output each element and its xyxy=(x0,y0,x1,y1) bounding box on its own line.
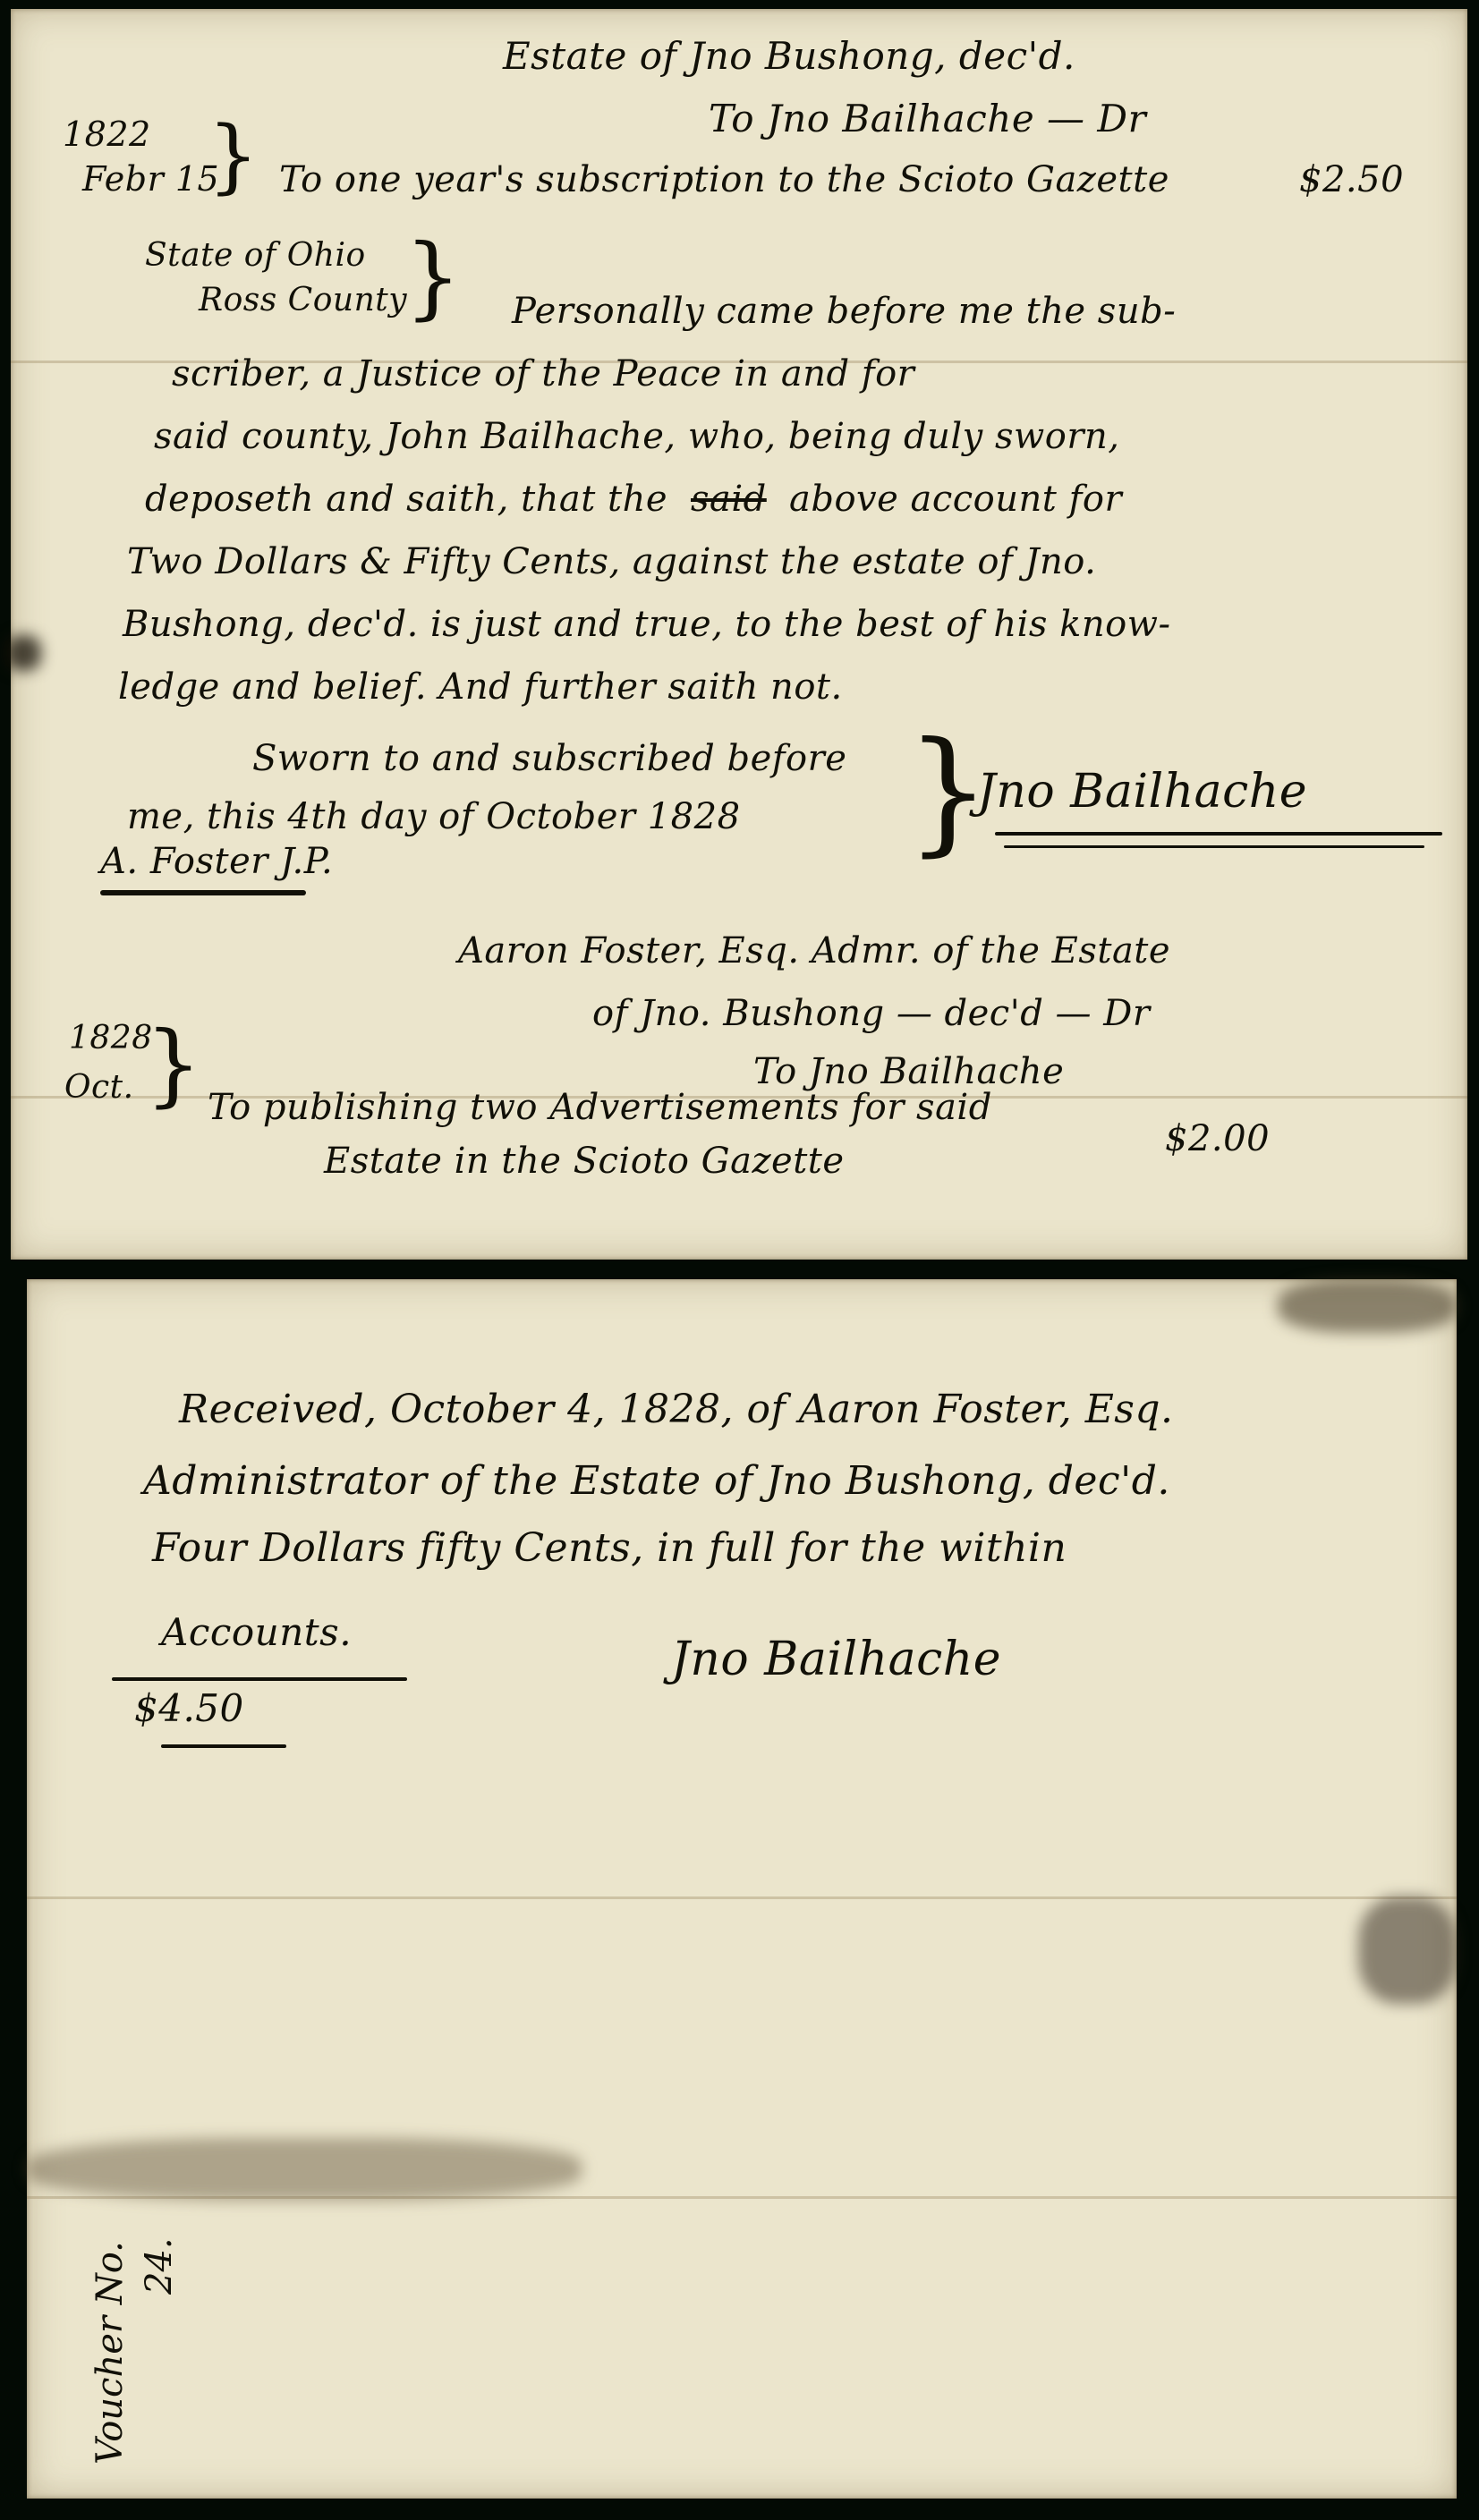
edge-stain xyxy=(1358,1896,1457,2004)
signature-flourish xyxy=(995,832,1442,836)
account-2-date: Oct. xyxy=(64,1069,134,1106)
jurat-line-1: Sworn to and subscribed before xyxy=(252,738,846,779)
brace-icon: } xyxy=(404,233,462,322)
affidavit-line: scriber, a Justice of the Peace in and f… xyxy=(172,353,914,395)
total-rule xyxy=(161,1744,286,1748)
account-1-amount: $2.50 xyxy=(1299,159,1404,200)
total-rule xyxy=(112,1677,407,1681)
struck-word: said xyxy=(691,479,767,520)
shadow-stain xyxy=(27,2138,582,2201)
account-2-entry-line-1: To publishing two Advertisements for sai… xyxy=(208,1087,992,1128)
affiant-signature: Jno Bailhache xyxy=(977,765,1307,819)
voucher-number-value: 24. xyxy=(139,2237,180,2295)
receipt-line: Accounts. xyxy=(161,1610,352,1654)
affidavit-line: said county, John Bailhache, who, being … xyxy=(154,416,1119,457)
receipt-line: Administrator of the Estate of Jno Busho… xyxy=(143,1458,1170,1504)
account-2-heading-line-2: of Jno. Bushong — dec'd — Dr xyxy=(592,993,1150,1034)
voucher-label: Voucher No. xyxy=(89,2241,131,2465)
ink-blot xyxy=(5,635,41,671)
account-2-amount: $2.00 xyxy=(1165,1118,1270,1159)
fold-line xyxy=(27,1896,1457,1899)
account-1-heading-line-2: To Jno Bailhache — Dr xyxy=(709,97,1146,140)
affidavit-venue-county: Ross County xyxy=(199,282,407,318)
account-1-year: 1822 xyxy=(63,115,151,154)
signature-underline xyxy=(100,890,306,895)
voucher-number: 24. xyxy=(139,2237,180,2295)
account-1-date: Febr 15 xyxy=(82,159,219,199)
voucher-docket: Voucher No. xyxy=(89,2241,131,2465)
affidavit-line: deposeth and saith, that the xyxy=(145,479,667,520)
corner-stain xyxy=(1278,1279,1457,1333)
brace-icon: } xyxy=(208,116,259,197)
top-sheet: Estate of Jno Bushong, dec'd. To Jno Bai… xyxy=(11,9,1467,1260)
signature-flourish xyxy=(1004,845,1424,848)
affidavit-line: Personally came before me the sub- xyxy=(512,291,1176,332)
account-2-heading-line-1: Aaron Foster, Esq. Admr. of the Estate xyxy=(458,930,1170,972)
account-2-year: 1828 xyxy=(69,1020,153,1056)
affidavit-line: Two Dollars & Fifty Cents, against the e… xyxy=(127,541,1096,582)
account-1-entry: To one year's subscription to the Scioto… xyxy=(279,159,1169,200)
jurat-line-2: me, this 4th day of October 1828 xyxy=(127,796,741,837)
affidavit-venue-state: State of Ohio xyxy=(145,237,366,274)
affidavit-line: Bushong, dec'd. is just and true, to the… xyxy=(123,604,1170,645)
bottom-sheet: Received, October 4, 1828, of Aaron Fost… xyxy=(27,1279,1457,2499)
justice-signature: A. Foster J.P. xyxy=(100,841,333,882)
affidavit-line: above account for xyxy=(789,479,1122,520)
receipt-line: Received, October 4, 1828, of Aaron Fost… xyxy=(179,1387,1174,1432)
account-1-heading-line-1: Estate of Jno Bushong, dec'd. xyxy=(503,34,1075,78)
affidavit-line: ledge and belief. And further saith not. xyxy=(118,666,843,708)
receipt-line: Four Dollars fifty Cents, in full for th… xyxy=(152,1525,1067,1571)
receipt-total: $4.50 xyxy=(134,1686,244,1730)
receipt-signature: Jno Bailhache xyxy=(671,1633,1001,1686)
brace-icon: } xyxy=(145,1020,202,1109)
account-2-entry-line-2: Estate in the Scioto Gazette xyxy=(324,1141,845,1182)
